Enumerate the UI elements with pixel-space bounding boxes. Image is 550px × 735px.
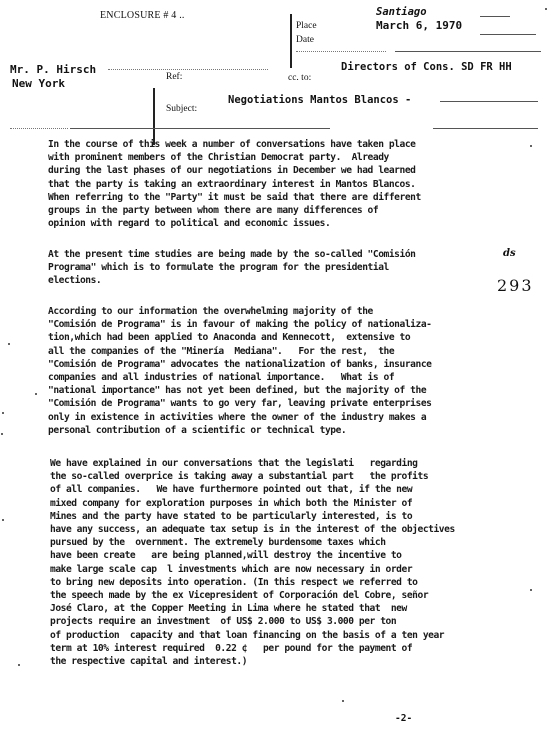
rule bbox=[480, 34, 536, 35]
place-value: Santiago bbox=[376, 6, 427, 18]
scan-speck bbox=[2, 412, 4, 414]
scan-speck bbox=[530, 589, 532, 591]
paragraph-4: We have explained in our conversations t… bbox=[50, 457, 550, 668]
date-label: Date bbox=[296, 35, 314, 45]
document-page: ENCLOSURE # 4 .. Place Santiago Date Mar… bbox=[0, 0, 550, 735]
rule bbox=[440, 101, 538, 102]
subject-value: Negotiations Mantos Blancos - bbox=[228, 94, 411, 106]
rule bbox=[108, 69, 268, 71]
recipient-address: Mr. P. Hirsch New York bbox=[10, 63, 96, 91]
scan-speck bbox=[545, 8, 547, 10]
recipient-name: Mr. P. Hirsch bbox=[10, 63, 96, 77]
paragraph-1: In the course of this week a number of c… bbox=[48, 138, 548, 230]
subject-label: Subject: bbox=[166, 104, 197, 114]
header-divider-left bbox=[153, 88, 155, 145]
scan-speck bbox=[530, 145, 532, 147]
scan-speck bbox=[8, 343, 10, 345]
rule bbox=[10, 128, 68, 130]
cc-value: Directors of Cons. SD FR HH bbox=[341, 61, 512, 73]
cc-label: cc. to: bbox=[288, 73, 311, 83]
margin-page-stamp: 293 bbox=[497, 276, 534, 295]
rule bbox=[395, 51, 541, 52]
scan-speck bbox=[2, 519, 4, 521]
scan-speck bbox=[18, 664, 20, 666]
ref-label: Ref: bbox=[166, 72, 182, 82]
date-value: March 6, 1970 bbox=[376, 19, 462, 32]
margin-handwritten-mark: ds bbox=[503, 248, 516, 259]
recipient-city: New York bbox=[10, 77, 96, 91]
scan-speck bbox=[342, 700, 344, 702]
enclosure-label: ENCLOSURE # 4 .. bbox=[100, 10, 185, 21]
place-label: Place bbox=[296, 21, 317, 31]
scan-speck bbox=[35, 393, 37, 395]
paragraph-2: At the present time studies are being ma… bbox=[48, 248, 548, 288]
header-bottom-rule bbox=[70, 128, 330, 129]
rule bbox=[296, 51, 386, 53]
paragraph-3: According to our information the overwhe… bbox=[48, 305, 548, 437]
rule bbox=[433, 128, 538, 129]
header-divider-right bbox=[290, 14, 292, 68]
rule bbox=[480, 16, 510, 17]
scan-speck bbox=[1, 433, 3, 435]
page-number: -2- bbox=[395, 713, 412, 724]
